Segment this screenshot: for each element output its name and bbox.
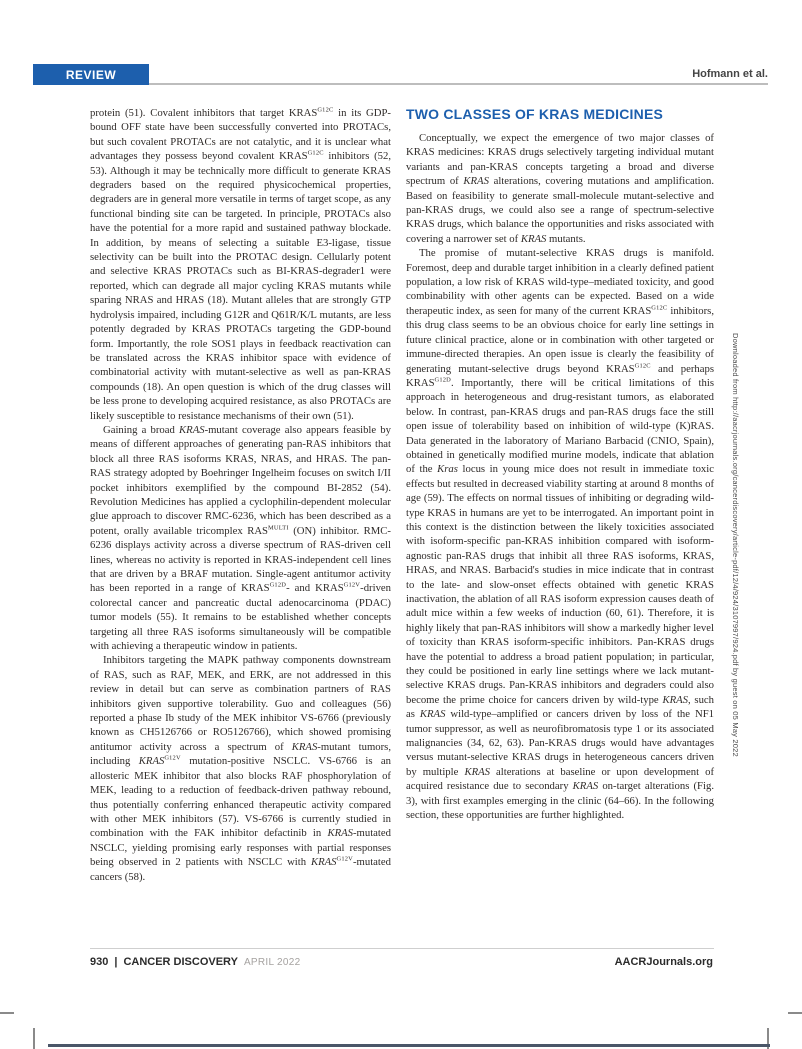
crop-mark-bottom-left-vertical: [33, 1028, 35, 1049]
right-column: TWO CLASSES OF KRAS MEDICINES Conceptual…: [406, 106, 714, 823]
paragraph: Conceptually, we expect the emergence of…: [406, 131, 714, 246]
paragraph: The promise of mutant-selective KRAS dru…: [406, 246, 714, 822]
review-badge: REVIEW: [33, 64, 149, 85]
paragraph: Gaining a broad KRAS-mutant coverage als…: [90, 423, 391, 654]
issue-date: APRIL 2022: [244, 957, 301, 968]
journal-website: AACRJournals.org: [615, 956, 713, 968]
page-number: 930: [90, 956, 108, 968]
review-badge-label: REVIEW: [66, 68, 116, 82]
crop-mark-bottom-left-horizontal: [0, 1012, 14, 1014]
journal-page: REVIEW Hofmann et al. protein (51). Cova…: [0, 0, 802, 1049]
paragraph: Inhibitors targeting the MAPK pathway co…: [90, 653, 391, 884]
section-heading: TWO CLASSES OF KRAS MEDICINES: [406, 106, 714, 122]
download-watermark: Downloaded from http://aacrjournals.org/…: [731, 333, 740, 757]
footer-rule: [90, 948, 714, 949]
journal-name: CANCER DISCOVERY: [123, 956, 238, 968]
running-author: Hofmann et al.: [692, 68, 768, 80]
crop-mark-bottom-right-horizontal: [788, 1012, 802, 1014]
paragraph: protein (51). Covalent inhibitors that t…: [90, 106, 391, 423]
footer-left: 930 | CANCER DISCOVERY APRIL 2022: [90, 956, 301, 968]
footer-separator: |: [114, 956, 117, 968]
left-column: protein (51). Covalent inhibitors that t…: [90, 106, 391, 884]
header-rule: [149, 83, 768, 85]
next-page-edge: [48, 1044, 770, 1047]
